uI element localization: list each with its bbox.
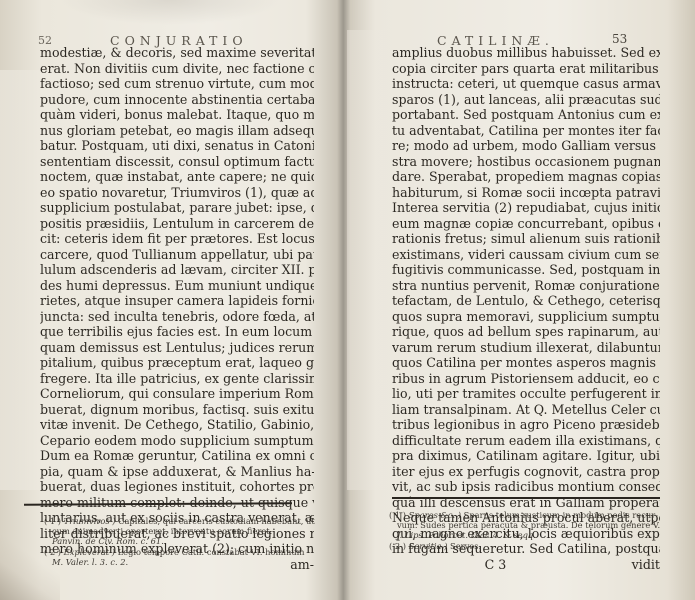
text-line: fregere. Ita ille patricius, ex gente cl… — [40, 371, 314, 387]
text-line: sententiam discessit, consul optimum fac… — [40, 154, 314, 170]
text-line: juncta: sed inculta tenebris, odore fœda… — [40, 309, 314, 325]
text-line: quos supra memoravi, supplicium sumptum:… — [392, 309, 660, 325]
signature-mark: C 3 — [485, 557, 507, 573]
text-line: vit, ac sub ipsis radicibus montium cons… — [392, 479, 660, 495]
text-line: quos Catilina per montes asperos magnis … — [392, 355, 660, 371]
text-line: difficultate rerum eadem illa existimans… — [392, 433, 660, 449]
text-line: eo spatio novaretur, Triumviros (1), quæ… — [40, 185, 314, 201]
text-line: noctem, quæ instabat, ante capere; ne qu… — [40, 169, 314, 185]
footnote-lemma: Triumviros ) — [64, 516, 116, 526]
page-number-right: 53 — [612, 32, 627, 46]
text-line: existimans, videri caussam civium cum se… — [392, 247, 660, 263]
footnote-rule-right — [392, 497, 660, 499]
text-line: re; modo ad urbem, modo Galliam versus c… — [392, 138, 660, 154]
footnotes-right: ( 1 ) Sparos &c. ) Sparus telum rusticum… — [389, 510, 661, 551]
text-line: erat. Non divitiis cum divite, nec facti… — [40, 61, 314, 77]
text-line: cit: ceteris idem fit per prætores. Est … — [40, 231, 314, 247]
text-line: fugitivis communicasse. Sed, postquam in… — [392, 262, 660, 278]
footnote-1-right: ( 1 ) Sparos &c. ) Sparus telum rusticum… — [389, 510, 661, 520]
signature-line: C 3 vidit — [392, 557, 660, 573]
text-line: vitæ invenit. De Cethego, Statilio, Gabi… — [40, 417, 314, 433]
text-line: lio, uti per tramites occulte perfugeren… — [392, 386, 660, 402]
footnote-citation: M. Valer. l. 3. c. 2. — [44, 557, 316, 567]
text-line: tefactam, de Lentulo, & Cethego, ceteris… — [392, 293, 660, 309]
footnote-1-left: ( 1 ) Triumviros ) Capitales, qui carcer… — [44, 516, 316, 526]
text-line: rationis fretus; simul alienum suis rati… — [392, 231, 660, 247]
footnote-text: Sparus telum rusticum in modum pedis rec… — [464, 510, 658, 520]
text-line: modestiæ, & decoris, sed maxime severita… — [40, 45, 314, 61]
footnote-lemma: Expleverat ) — [64, 547, 115, 557]
footnote-2-left: ( 2 ) Expleverat ) Legio tempore Catil. … — [44, 547, 316, 557]
left-body-text: modestiæ, & decoris, sed maxime severita… — [40, 45, 314, 572]
right-page: CATILINÆ. 53 amplius duobus millibus hab… — [347, 0, 695, 600]
open-book-spread: 52 CONJURATIO modestiæ, & decoris, sed m… — [0, 0, 695, 600]
text-line: rietes, atque insuper camera lapideis fo… — [40, 293, 314, 309]
footnote-lemma: Sparos &c. ) — [409, 510, 461, 520]
footnote-lemma: Servitia ) — [409, 541, 448, 551]
text-line: instructa: ceteri, ut quemque casus arma… — [392, 76, 660, 92]
text-line: Interea servitia (2) repudiabat, cujus i… — [392, 200, 660, 216]
text-line: nus gloriam petebat, eo magis illam adse… — [40, 123, 314, 139]
footnote-citation: J. Lips. Poliorcet. Dial. 4. & seqq. — [389, 530, 661, 540]
text-line: buerat, duas legiones instituit, cohorte… — [40, 479, 314, 495]
text-line: habiturum, si Romæ socii incœpta patravi… — [392, 185, 660, 201]
footnote-citation: Panvin. de Civ. Rom. c. 61. — [44, 536, 316, 546]
footnote-marker: ( 1 ) — [389, 510, 406, 520]
text-line: des humi depressus. Eum muniunt undique … — [40, 278, 314, 294]
catchword-right: vidit — [632, 557, 660, 573]
text-line: pra diximus, Catilinam agitare. Igitur, … — [392, 448, 660, 464]
text-line: carcere, quod Tullianum appellatur, ubi … — [40, 247, 314, 263]
footnote-text: Capitales, qui carceris custodiam habeba… — [118, 516, 315, 526]
text-line: pudore, cum innocente abstinentia certab… — [40, 92, 314, 108]
text-line: stra movere; hostibus occasionem pugnand… — [392, 154, 660, 170]
text-line: pia, quam & ipse adduxerat, & Manlius ha… — [40, 464, 314, 480]
text-line: copia circiter pars quarta erat militari… — [392, 61, 660, 77]
footnotes-left: ( 1 ) Triumviros ) Capitales, qui carcer… — [44, 516, 316, 567]
text-line: pitalium, quibus præceptum erat, laqueo … — [40, 355, 314, 371]
footnote-marker: ( 2 ) — [389, 541, 406, 551]
left-page: 52 CONJURATIO modestiæ, & decoris, sed m… — [0, 0, 344, 600]
text-line: sparos (1), aut lanceas, alii præacutas … — [392, 92, 660, 108]
text-line: portabant. Sed postquam Antonius cum exe… — [392, 107, 660, 123]
text-line: Dum ea Romæ geruntur, Catilina ex omni c… — [40, 448, 314, 464]
text-line: rique, quos ad bellum spes rapinarum, au… — [392, 324, 660, 340]
footnote-text: vum. Sudes pertica peracuta & præusta. D… — [389, 520, 661, 530]
footnote-marker: ( 1 ) — [44, 516, 61, 526]
text-line: quam demissus est Lentulus; judices reru… — [40, 340, 314, 356]
text-line: supplicium postulabat, parare jubet: ips… — [40, 200, 314, 216]
text-line: stra nuntius pervenit, Romæ conjuratione… — [392, 278, 660, 294]
text-line: tribus legionibus in agro Piceno præside… — [392, 417, 660, 433]
text-line: Corneliorum, qui consulare imperium Romæ… — [40, 386, 314, 402]
footnote-text: Legio tempore Catil. constabat VI. homin… — [118, 547, 305, 557]
text-line: iter ejus ex perfugis cognovit, castra p… — [392, 464, 660, 480]
text-line: eum magnæ copiæ concurrebant, opibus con… — [392, 216, 660, 232]
footnote-text: Servos. — [450, 541, 481, 551]
text-line: varum rerum studium illexerat, dilabuntu… — [392, 340, 660, 356]
text-line: quàm videri, bonus malebat. Itaque, quo … — [40, 107, 314, 123]
text-line: buerat, dignum moribus, factisq. suis ex… — [40, 402, 314, 418]
text-line: liam transalpinam. At Q. Metellus Celer … — [392, 402, 660, 418]
footnote-marker: ( 2 ) — [44, 547, 61, 557]
text-line: factioso; sed cum strenuo virtute, cum m… — [40, 76, 314, 92]
text-line: ribus in agrum Pistoriensem adducit, eo … — [392, 371, 660, 387]
text-line: amplius duobus millibus habuisset. Sed e… — [392, 45, 660, 61]
right-body-text: amplius duobus millibus habuisset. Sed e… — [392, 45, 660, 572]
text-line: tu adventabat, Catilina per montes iter … — [392, 123, 660, 139]
text-line: batur. Postquam, uti dixi, senatus in Ca… — [40, 138, 314, 154]
text-line: lulum adscenderis ad lævam, circiter XII… — [40, 262, 314, 278]
text-line: que terribilis ejus facies est. In eum l… — [40, 324, 314, 340]
text-line: Cepario eodem modo supplicium sumptum es… — [40, 433, 314, 449]
footnote-2-right: ( 2 ) Servitia ) Servos. — [389, 541, 661, 551]
footnote-text: cum animadverti oporteret, interventu eo… — [44, 526, 316, 536]
text-line: positis præsidiis, Lentulum in carcerem … — [40, 216, 314, 232]
text-line: dare. Sperabat, propediem magnas copias … — [392, 169, 660, 185]
